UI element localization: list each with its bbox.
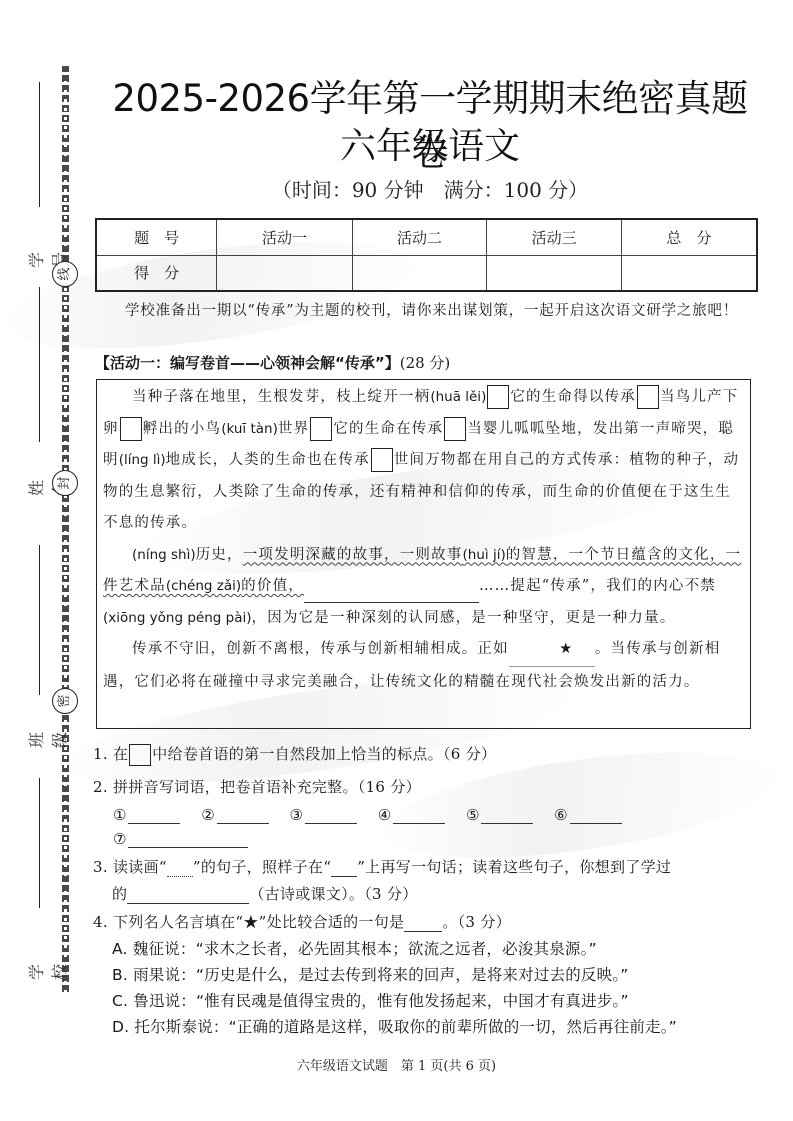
fill-line-student-id[interactable] — [39, 82, 40, 207]
score-row-label: 得 分 — [96, 255, 217, 291]
seal-feng-icon: 封 — [52, 470, 78, 496]
punctuation-box[interactable] — [371, 448, 393, 472]
fill-line-student-id-2[interactable] — [39, 287, 40, 442]
header-cell: 总 分 — [621, 219, 757, 255]
header-cell: 活动一 — [217, 219, 353, 255]
passage-paragraph-1: 当种子落在地里，生根发芽，枝上绽开一柄(huā lěi)它的生命得以传承当鸟儿产… — [103, 382, 744, 540]
label-school: 学 校 — [24, 942, 70, 992]
option-c[interactable]: C. 鲁迅说：“惟有民魂是值得宝贵的，惟有他发扬起来，中国才有真进步。” — [112, 989, 629, 1011]
question-3: 3. 读读画“”的句子，照样子在“”上再写一句话；读着这些句子，你想到了学过 — [93, 856, 758, 877]
answer-blank-5[interactable]: ⑤ — [466, 806, 533, 824]
pinyin: (líng lì) — [119, 452, 166, 468]
exam-meta: （时间：90 分钟 满分：100 分） — [100, 174, 760, 203]
answer-blank-6[interactable]: ⑥ — [554, 806, 621, 824]
fill-line-class[interactable] — [39, 778, 40, 908]
score-cell-activity3[interactable] — [487, 255, 622, 291]
wavy-line-sample-icon — [167, 861, 193, 877]
activity1-heading: 【活动一：编写卷首——心领神会解“传承”】(28 分) — [95, 352, 450, 373]
question-4: 4. 下列名人名言填在“★”处比较合适的一句是。（3 分） — [93, 911, 758, 932]
fill-line-name[interactable] — [39, 545, 40, 695]
page-footer: 六年级语文试题 第 1 页(共 6 页) — [0, 1055, 793, 1074]
question-3-line2: 的（古诗或课文）。（3 分） — [112, 883, 777, 904]
answer-blank-7[interactable]: ⑦ — [113, 830, 248, 848]
pinyin: (chéng zǎi) — [166, 578, 241, 594]
seal-xian-icon: 线 — [52, 261, 78, 287]
star-icon: ★ — [559, 641, 573, 657]
passage-paragraph-3: 传承不守旧，创新不离根，传承与创新相辅相成。正如★。当传承与创新相遇，它们必将在… — [103, 634, 744, 698]
score-table-score-row: 得 分 — [96, 255, 757, 291]
pinyin: (huì jí) — [463, 547, 506, 563]
exam-subject: 六年级语文 — [100, 118, 760, 169]
punctuation-box[interactable] — [444, 417, 466, 441]
answer-blank-3[interactable]: ③ — [289, 806, 356, 824]
label-class: 班 级 — [24, 710, 70, 760]
binding-strip-perforation — [64, 66, 67, 992]
star-quote-blank[interactable]: ★ — [509, 634, 595, 667]
pinyin: (xiōng yǒng péng pài) — [103, 610, 252, 626]
answer-blank-1[interactable]: ① — [113, 806, 180, 824]
question-2: 2. 拼拼音写词语，把卷首语补充完整。（16 分） — [93, 776, 758, 797]
score-table-header-row: 题 号 活动一 活动二 活动三 总 分 — [96, 219, 757, 255]
poem-or-text-blank[interactable] — [127, 888, 249, 904]
option-b[interactable]: B. 雨果说：“历史是什么，是过去传到将来的回声，是将来对过去的反映。” — [112, 963, 629, 985]
score-cell-total[interactable] — [621, 255, 757, 291]
straight-line-sample-icon — [331, 861, 357, 877]
header-cell: 活动二 — [352, 219, 487, 255]
score-cell-activity2[interactable] — [352, 255, 487, 291]
intro-paragraph: 学校准备出一期以“传承”为主题的校刊，请你来出谋划策，一起开启这次语文研学之旅吧… — [96, 297, 758, 326]
answer-choice-blank[interactable] — [404, 916, 442, 932]
pinyin: (huā lěi) — [430, 389, 486, 405]
foreword-passage: 当种子落在地里，生根发芽，枝上绽开一柄(huā lěi)它的生命得以传承当鸟儿产… — [96, 379, 751, 729]
punctuation-box[interactable] — [637, 385, 659, 409]
imitation-sentence-blank[interactable] — [304, 585, 479, 603]
score-table: 题 号 活动一 活动二 活动三 总 分 得 分 — [95, 218, 758, 292]
option-d[interactable]: D. 托尔斯泰说：“正确的道路是这样，吸取你的前辈所做的一切，然后再往前走。” — [112, 1015, 677, 1037]
answer-blank-4[interactable]: ④ — [378, 806, 445, 824]
sample-box-icon — [129, 744, 151, 766]
punctuation-box[interactable] — [120, 417, 142, 441]
binding-margin: 学 号 姓 名 班 级 学 校 线 封 密 — [0, 0, 90, 1121]
option-a[interactable]: A. 魏征说：“求木之长者，必先固其根本；欲流之远者，必浚其泉源。” — [112, 937, 597, 959]
question-2-answer-blanks: ① ② ③ ④ ⑤ ⑥ — [113, 806, 638, 824]
activity1-points: (28 分) — [400, 354, 451, 372]
score-cell-activity1[interactable] — [217, 255, 353, 291]
answer-blank-2[interactable]: ② — [201, 806, 268, 824]
question-1: 1. 在中给卷首语的第一自然段加上恰当的标点。（6 分） — [93, 743, 758, 766]
header-cell: 题 号 — [96, 219, 217, 255]
activity1-title: 【活动一：编写卷首——心领神会解“传承”】 — [95, 354, 400, 372]
header-cell: 活动三 — [487, 219, 622, 255]
passage-paragraph-2: (níng shì)历史，一项发明深藏的故事，一则故事(huì jí)的智慧，一… — [103, 540, 744, 635]
punctuation-box[interactable] — [487, 385, 509, 409]
pinyin: (níng shì) — [132, 547, 196, 563]
punctuation-box[interactable] — [310, 417, 332, 441]
pinyin: (kuī tàn) — [221, 421, 278, 437]
seal-mi-icon: 密 — [52, 688, 78, 714]
question-2-answer-blanks-row2: ⑦ — [113, 830, 264, 848]
wavy-underlined-sentence: 一项发明深藏的故事，一则故事 — [243, 547, 463, 563]
